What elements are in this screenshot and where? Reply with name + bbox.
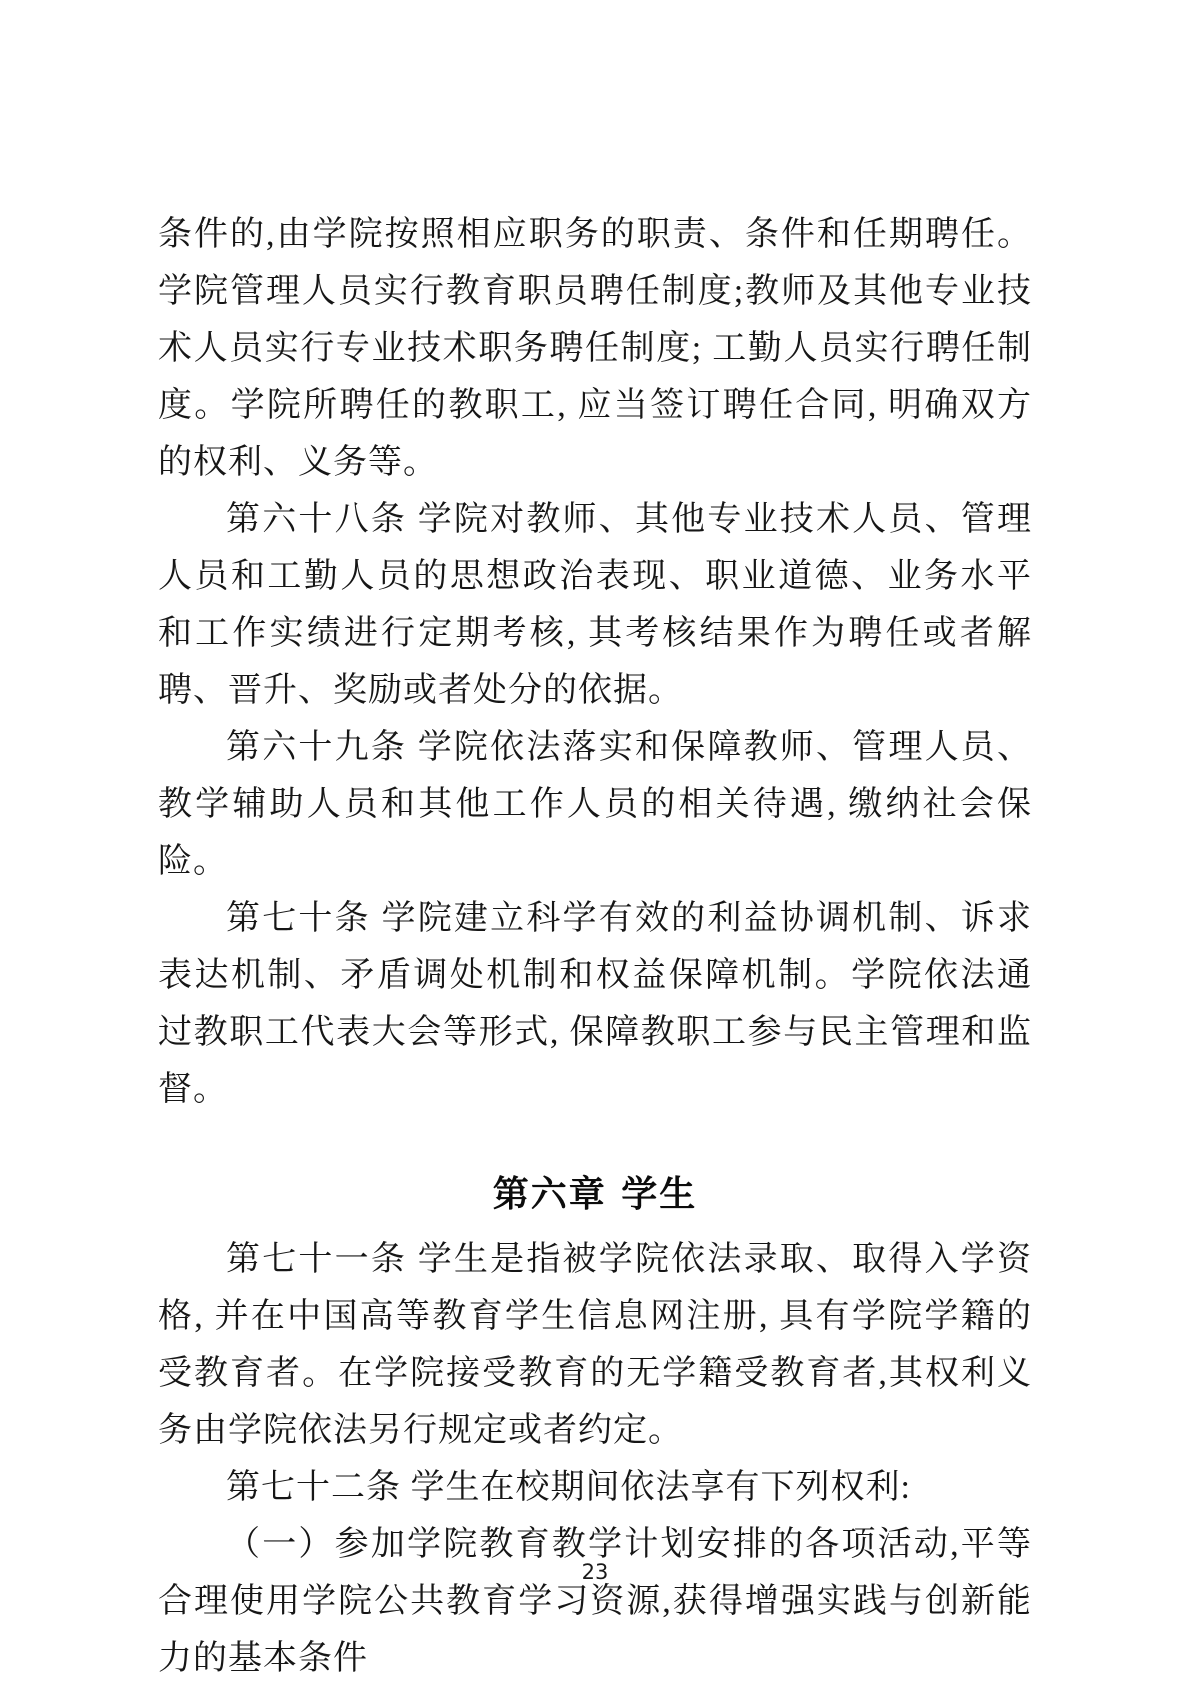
- page-number: 23: [0, 1558, 1190, 1586]
- paragraph-article-72: 第七十二条 学生在校期间依法享有下列权利:: [158, 1459, 1032, 1516]
- paragraph-item-1: （一）参加学院教育教学计划安排的各项活动,平等合理使用学院公共教育学习资源,获得…: [158, 1516, 1032, 1683]
- paragraph-continuation: 条件的,由学院按照相应职务的职责、条件和任期聘任。学院管理人员实行教育职员聘任制…: [158, 206, 1032, 491]
- chapter-heading: 第六章 学生: [158, 1166, 1032, 1223]
- document-body: 条件的,由学院按照相应职务的职责、条件和任期聘任。学院管理人员实行教育职员聘任制…: [158, 206, 1032, 1683]
- paragraph-article-69: 第六十九条 学院依法落实和保障教师、管理人员、教学辅助人员和其他工作人员的相关待…: [158, 719, 1032, 890]
- paragraph-article-70: 第七十条 学院建立科学有效的利益协调机制、诉求表达机制、矛盾调处机制和权益保障机…: [158, 890, 1032, 1118]
- paragraph-article-68: 第六十八条 学院对教师、其他专业技术人员、管理人员和工勤人员的思想政治表现、职业…: [158, 491, 1032, 719]
- paragraph-article-71: 第七十一条 学生是指被学院依法录取、取得入学资格, 并在中国高等教育学生信息网注…: [158, 1231, 1032, 1459]
- document-page: 条件的,由学院按照相应职务的职责、条件和任期聘任。学院管理人员实行教育职员聘任制…: [0, 0, 1190, 1683]
